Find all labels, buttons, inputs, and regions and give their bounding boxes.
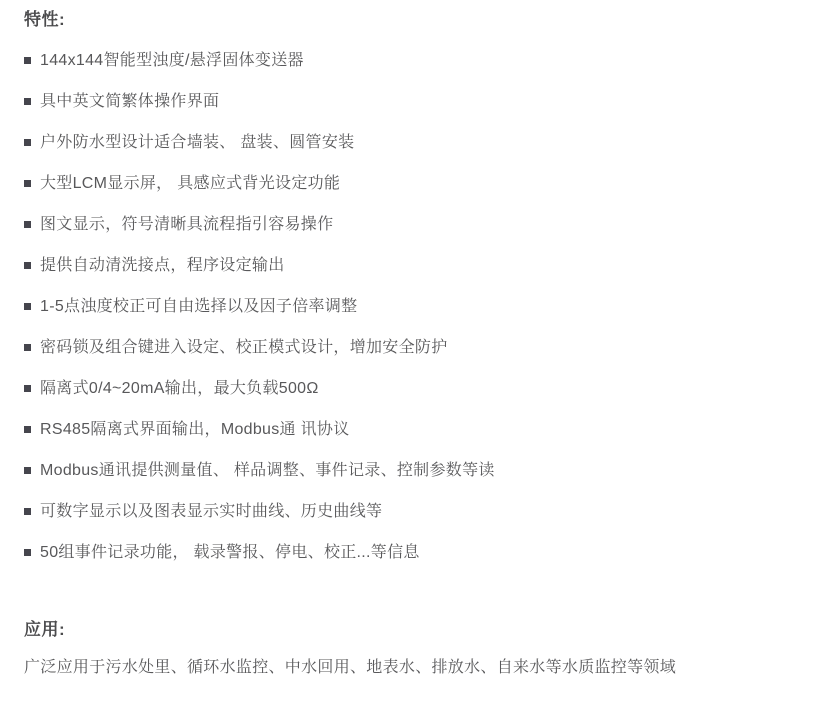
feature-text: 户外防水型设计适合墙装、 盘装、圆管安装 [40,134,354,151]
feature-text: 密码锁及组合键进入设定、校正模式设计，增加安全防护 [40,339,448,356]
feature-item: 1-5点浊度校正可自由选择以及因子倍率调整 [24,298,799,315]
feature-item: RS485隔离式界面输出，Modbus通 讯协议 [24,421,799,438]
feature-item: 图文显示，符号清晰具流程指引容易操作 [24,216,799,233]
feature-item: 密码锁及组合键进入设定、校正模式设计，增加安全防护 [24,339,799,356]
feature-item: 具中英文简繁体操作界面 [24,93,799,110]
applications-text: 广泛应用于污水处里、循环水监控、中水回用、地表水、排放水、自来水等水质监控等领域 [24,659,799,677]
feature-list: 144x144智能型浊度/悬浮固体变送器 具中英文简繁体操作界面 户外防水型设计… [24,52,799,561]
square-bullet-icon [24,467,31,474]
square-bullet-icon [24,426,31,433]
square-bullet-icon [24,221,31,228]
square-bullet-icon [24,385,31,392]
feature-text: 144x144智能型浊度/悬浮固体变送器 [40,52,304,69]
square-bullet-icon [24,344,31,351]
feature-text: 隔离式0/4~20mA输出，最大负载500Ω [40,380,319,397]
square-bullet-icon [24,57,31,64]
applications-heading: 应用: [24,620,799,640]
feature-text: 1-5点浊度校正可自由选择以及因子倍率调整 [40,298,357,315]
square-bullet-icon [24,262,31,269]
square-bullet-icon [24,303,31,310]
square-bullet-icon [24,180,31,187]
feature-text: 大型LCM显示屏， 具感应式背光设定功能 [40,175,340,192]
square-bullet-icon [24,508,31,515]
square-bullet-icon [24,98,31,105]
product-spec-page: 特性: 144x144智能型浊度/悬浮固体变送器 具中英文简繁体操作界面 户外防… [0,0,823,704]
feature-text: 具中英文简繁体操作界面 [40,93,219,110]
feature-text: 50组事件记录功能， 载录警报、停电、校正...等信息 [40,544,420,561]
feature-item: 可数字显示以及图表显示实时曲线、历史曲线等 [24,503,799,520]
features-heading: 特性: [24,10,799,30]
feature-item: 大型LCM显示屏， 具感应式背光设定功能 [24,175,799,192]
feature-text: RS485隔离式界面输出，Modbus通 讯协议 [40,421,350,438]
feature-item: 提供自动清洗接点，程序设定输出 [24,257,799,274]
feature-item: 户外防水型设计适合墙装、 盘装、圆管安装 [24,134,799,151]
feature-item: 隔离式0/4~20mA输出，最大负载500Ω [24,380,799,397]
feature-item: 50组事件记录功能， 载录警报、停电、校正...等信息 [24,544,799,561]
square-bullet-icon [24,549,31,556]
square-bullet-icon [24,139,31,146]
feature-item: Modbus通讯提供测量值、 样品调整、事件记录、控制参数等读 [24,462,799,479]
feature-text: 提供自动清洗接点，程序设定输出 [40,257,285,274]
feature-text: Modbus通讯提供测量值、 样品调整、事件记录、控制参数等读 [40,462,495,479]
feature-text: 可数字显示以及图表显示实时曲线、历史曲线等 [40,503,382,520]
feature-text: 图文显示，符号清晰具流程指引容易操作 [40,216,333,233]
feature-item: 144x144智能型浊度/悬浮固体变送器 [24,52,799,69]
